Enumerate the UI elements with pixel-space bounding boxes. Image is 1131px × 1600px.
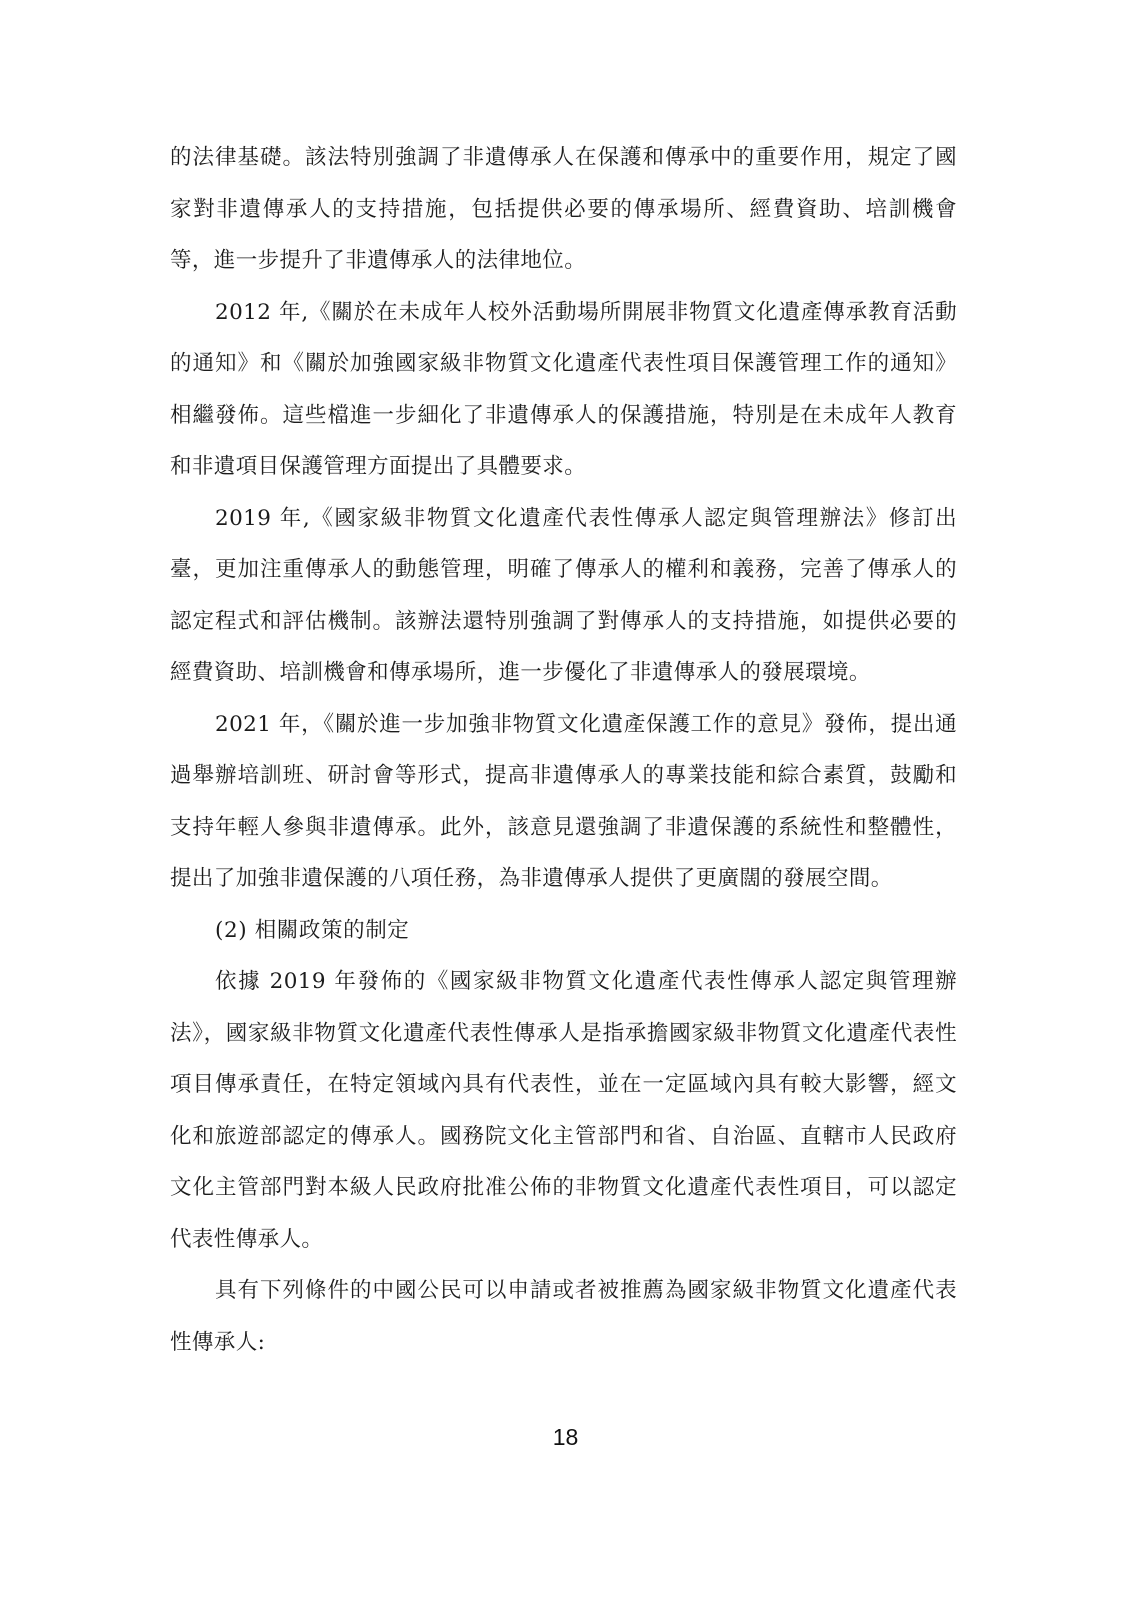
document-body: 的法律基礎。該法特別強調了非遺傳承人在保護和傳承中的重要作用，規定了國家對非遺傳… bbox=[170, 132, 957, 1368]
paragraph: 具有下列條件的中國公民可以申請或者被推薦為國家級非物質文化遺產代表性傳承人: bbox=[170, 1265, 957, 1368]
paragraph: 2019 年,《國家級非物質文化遺產代表性傳承人認定與管理辦法》修訂出臺，更加注… bbox=[170, 493, 957, 699]
section-heading: (2) 相關政策的制定 bbox=[170, 905, 957, 957]
paragraph: 2021 年，《關於進一步加強非物質文化遺產保護工作的意見》發佈，提出通過舉辦培… bbox=[170, 699, 957, 905]
paragraph: 依據 2019 年發佈的《國家級非物質文化遺產代表性傳承人認定與管理辦法》，國家… bbox=[170, 956, 957, 1265]
page-number: 18 bbox=[0, 1423, 1131, 1451]
paragraph: 的法律基礎。該法特別強調了非遺傳承人在保護和傳承中的重要作用，規定了國家對非遺傳… bbox=[170, 132, 957, 287]
paragraph: 2012 年,《關於在未成年人校外活動場所開展非物質文化遺產傳承教育活動的通知》… bbox=[170, 287, 957, 493]
document-page: 的法律基礎。該法特別強調了非遺傳承人在保護和傳承中的重要作用，規定了國家對非遺傳… bbox=[0, 0, 1131, 1600]
